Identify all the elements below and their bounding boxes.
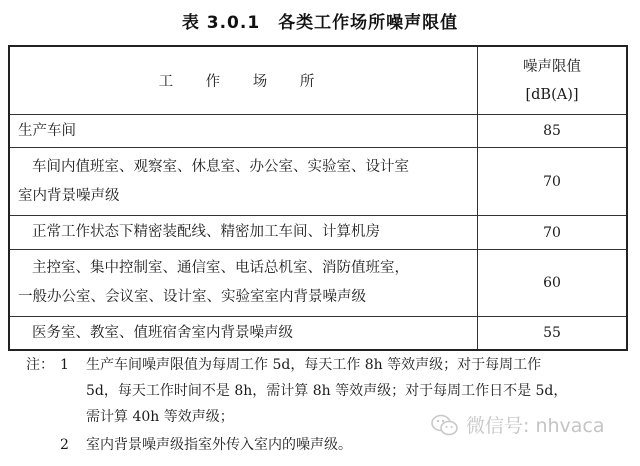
- table-row: 主控室、集中控制室、通信室、电话总机室、消防值班室， 一般办公室、会议室、设计室…: [10, 250, 626, 317]
- table-row: 车间内值班室、观察室、休息室、办公室、实验室、设计室 室内背景噪声级 70: [10, 148, 626, 216]
- limit-cell: 85: [478, 115, 626, 147]
- limit-cell: 70: [478, 148, 626, 215]
- table-row: 生产车间 85: [10, 115, 626, 148]
- table-header-row: 工 作 场 所 噪声限值 [dB(A)]: [10, 47, 626, 115]
- table-number: 表 3.0.1: [182, 13, 260, 33]
- notes-prefix: 注：: [26, 352, 54, 378]
- table-title: 表 3.0.1各类工作场所噪声限值: [0, 8, 640, 33]
- header-place: 工 作 场 所: [10, 47, 477, 114]
- limit-cell: 60: [478, 250, 626, 316]
- watermark-text: 微信号: nhvaca: [466, 411, 605, 438]
- limit-cell: 70: [478, 216, 626, 249]
- place-cell: 主控室、集中控制室、通信室、电话总机室、消防值班室， 一般办公室、会议室、设计室…: [10, 250, 477, 316]
- note-text: 5d，每天工作时间不是 8h，需计算 8h 等效声级；对于每周工作日不是 5d，: [86, 378, 567, 404]
- wechat-icon: [430, 413, 460, 437]
- place-cell: 医务室、教室、值班宿舍室内背景噪声级: [10, 317, 477, 349]
- table-caption: 各类工作场所噪声限值: [278, 13, 458, 33]
- header-limit: 噪声限值 [dB(A)]: [478, 47, 626, 114]
- watermark: 微信号: nhvaca: [430, 411, 605, 438]
- place-cell: 正常工作状态下精密装配线、精密加工车间、计算机房: [10, 216, 477, 249]
- note-text: 需计算 40h 等效声级；: [86, 404, 234, 430]
- noise-limit-table: 工 作 场 所 噪声限值 [dB(A)] 生产车间 85 车间内值班室、观察室、…: [8, 45, 628, 351]
- limit-cell: 55: [478, 317, 626, 349]
- table-row: 正常工作状态下精密装配线、精密加工车间、计算机房 70: [10, 216, 626, 250]
- note-number: 2: [60, 432, 69, 458]
- note-text: 室内背景噪声级指室外传入室内的噪声级。: [86, 432, 352, 458]
- note-number: 1: [60, 352, 69, 378]
- note-text: 生产车间噪声限值为每周工作 5d，每天工作 8h 等效声级；对于每周工作: [86, 352, 541, 378]
- place-cell: 生产车间: [10, 115, 477, 147]
- header-limit-label: 噪声限值: [523, 53, 581, 81]
- header-limit-unit: [dB(A)]: [525, 81, 578, 109]
- table-row: 医务室、教室、值班宿舍室内背景噪声级 55: [10, 317, 626, 349]
- place-cell: 车间内值班室、观察室、休息室、办公室、实验室、设计室 室内背景噪声级: [10, 148, 477, 215]
